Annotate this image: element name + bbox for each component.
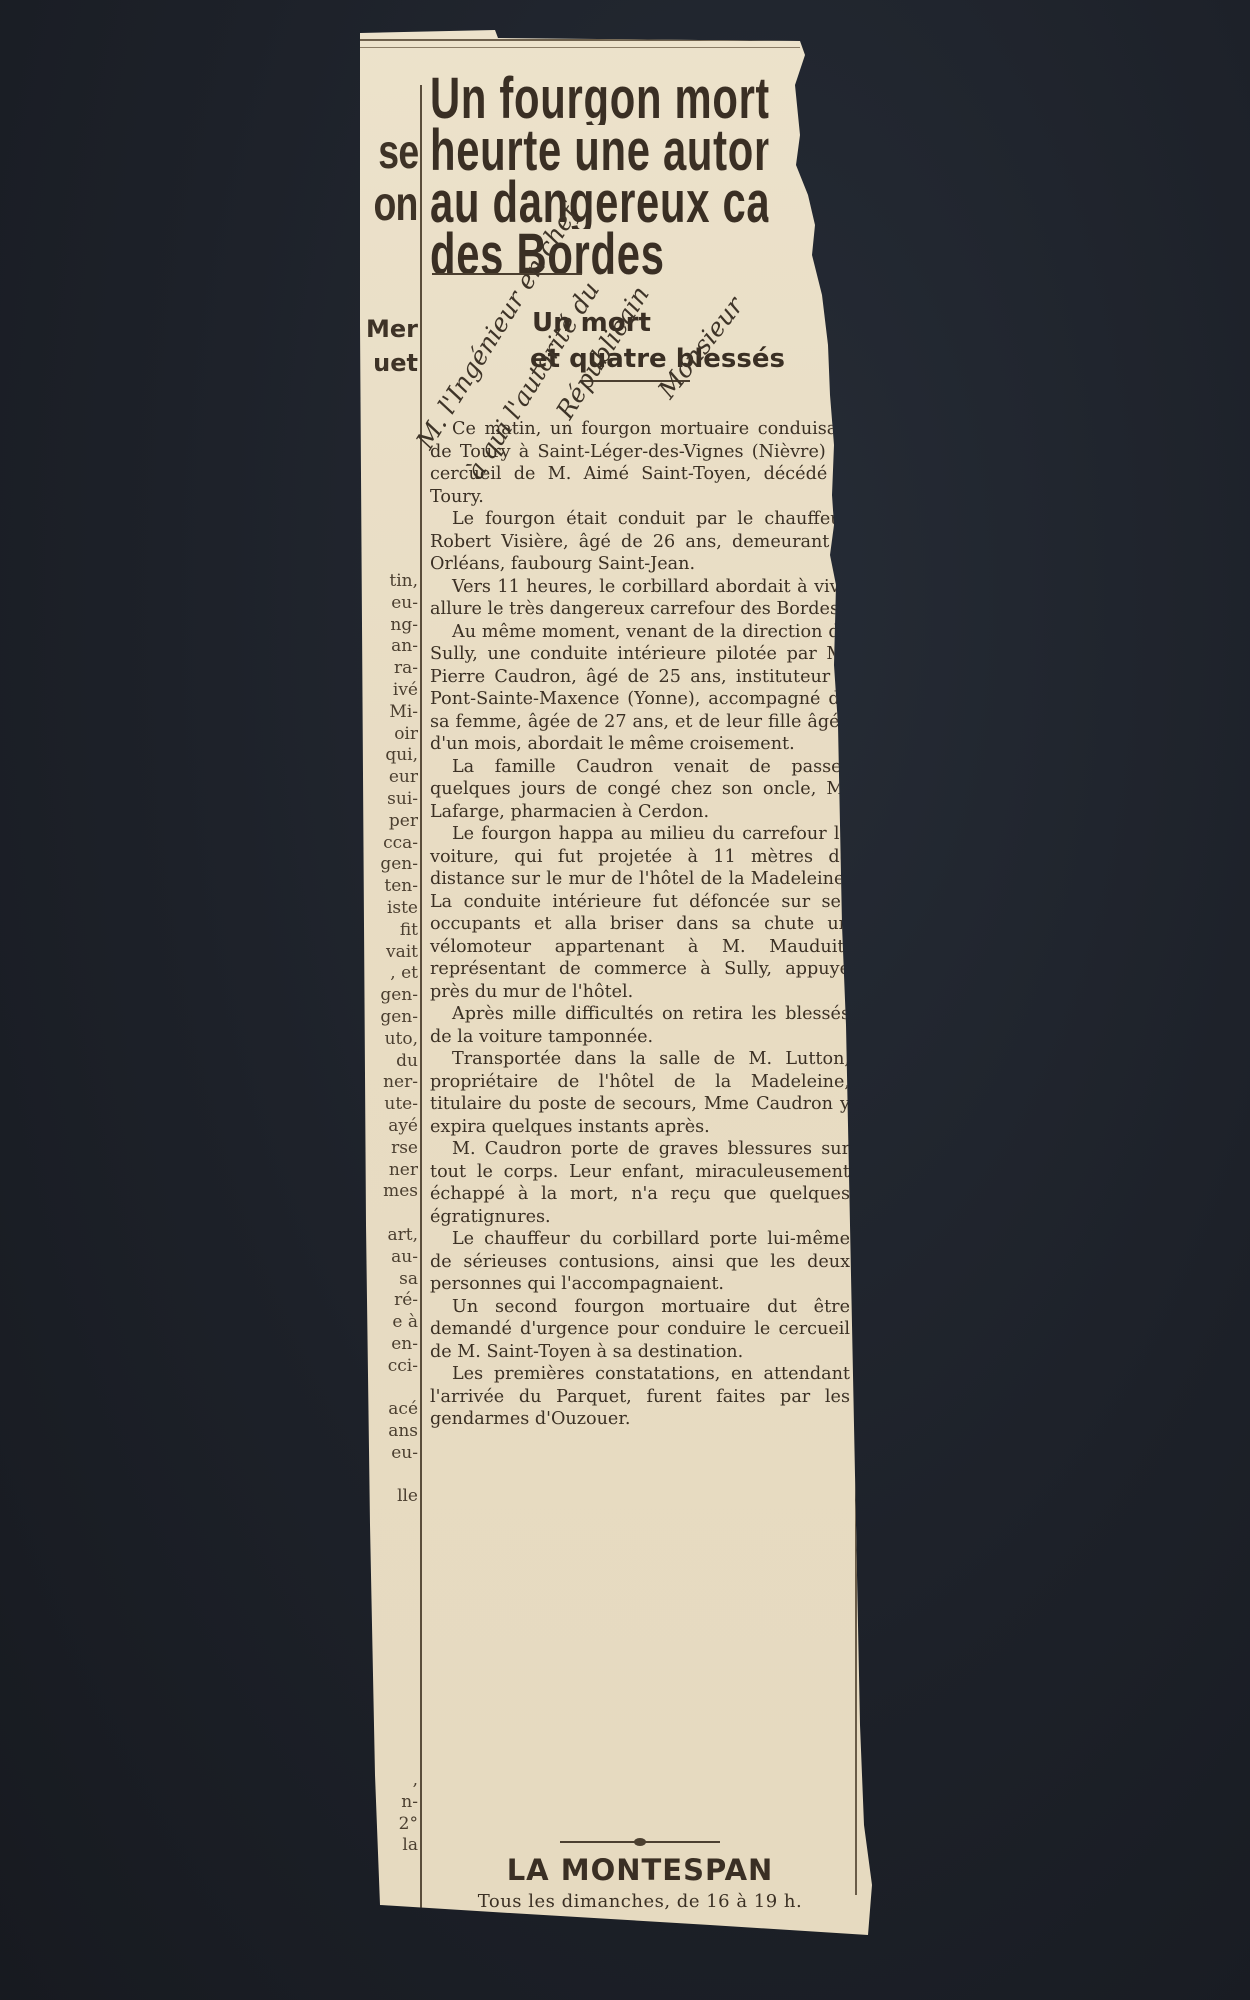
subheadline-rule [580,380,690,382]
left-text-fragments: tin, eu- ng- an- ra- ivé Mi- oir qui, eu… [380,571,418,1508]
advertisement-title: LA MONTESPAN [430,1853,850,1887]
article-paragraph: Vers 11 heures, le corbillard abordait à… [430,576,850,621]
column-divider-right [855,655,857,1895]
advertisement-text: Tous les dimanches, de 16 à 19 h. [430,1891,850,1912]
headline-line: au dangereux carrefou [430,177,768,229]
column-divider [420,85,422,1915]
article-paragraph: Le fourgon happa au milieu du carrefour … [430,823,850,1003]
article-subheadline: Un mort et quatre blessés [530,305,785,377]
headline-rule [432,273,582,275]
article-headline: Un fourgon mortua heurte une automob au … [430,73,768,281]
article-paragraph: Transportée dans la salle de M. Lutton, … [430,1048,850,1138]
subheadline-line: Un mort [530,305,785,341]
article-paragraph: Au même moment, venant de la direction d… [430,621,850,756]
article-paragraph: La famille Caudron venait de passer quel… [430,756,850,824]
top-rule-thin [360,47,800,48]
article-paragraph: Le chauffeur du corbillard porte lui-mêm… [430,1228,850,1296]
newspaper-clipping: se on Mer uet tin, eu- ng- an- ra- ivé M… [360,25,900,1935]
article-paragraph: Le fourgon était conduit par le chauffeu… [430,508,850,576]
left-subhead-fragment: Mer [366,315,418,343]
headline-line: Un fourgon mortua [430,73,768,125]
article-paragraph: Les premières constatations, en attendan… [430,1363,850,1431]
article-paragraph: Après mille difficultés on retira les bl… [430,1003,850,1048]
article-body: Ce matin, un fourgon mortuaire conduisai… [430,418,850,1431]
left-subhead-fragment: uet [373,349,418,377]
article-paragraph: Ce matin, un fourgon mortuaire conduisai… [430,418,850,508]
headline-line: heurte une automob [430,125,768,177]
subheadline-line: et quatre blessés [530,341,785,377]
article-paragraph: M. Caudron porte de graves blessures sur… [430,1138,850,1228]
top-rule [360,39,800,41]
left-headline-fragment: se [378,129,418,177]
article-paragraph: Un second fourgon mortuaire dut être dem… [430,1296,850,1364]
left-bottom-fragments: , n- 2° la [399,1770,418,1857]
ornamental-divider [560,1837,720,1847]
left-headline-fragment: on [374,181,418,229]
